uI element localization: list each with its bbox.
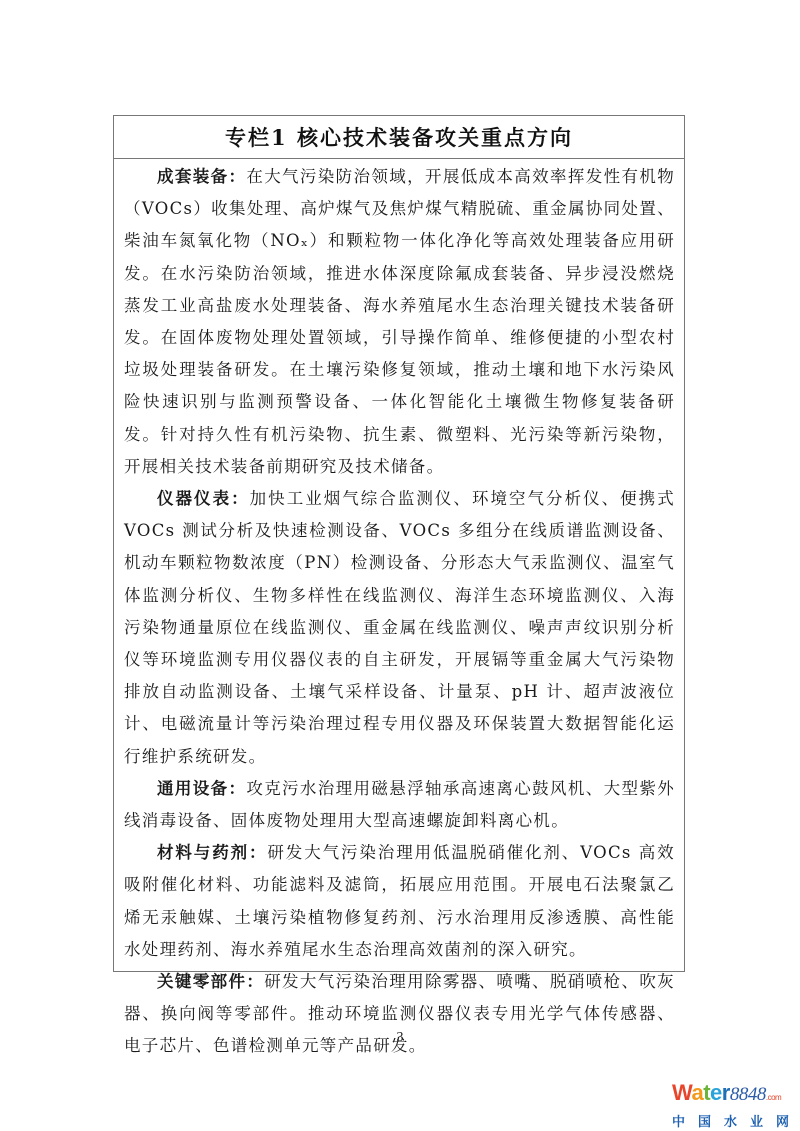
paragraph-complete-equipment: 成套装备：在大气污染防治领域，开展低成本高效率挥发性有机物（VOCs）收集处理、… (124, 161, 675, 483)
logo-letter: r (722, 1080, 730, 1105)
paragraph-lead: 材料与药剂： (157, 843, 267, 862)
paragraph-lead: 仪器仪表： (157, 489, 250, 508)
logo-number: 8848 (730, 1084, 766, 1105)
paragraph-lead: 成套装备： (157, 167, 246, 186)
paragraph-text: 在大气污染防治领域，开展低成本高效率挥发性有机物（VOCs）收集处理、高炉煤气及… (124, 167, 675, 476)
page-number: 3 (0, 1030, 800, 1046)
paragraph-lead: 关键零部件： (157, 972, 264, 991)
feature-box: 专栏1 核心技术装备攻关重点方向 成套装备：在大气污染防治领域，开展低成本高效率… (113, 115, 685, 972)
logo-letter: e (710, 1080, 722, 1105)
paragraph-instruments: 仪器仪表：加快工业烟气综合监测仪、环境空气分析仪、便携式 VOCs 测试分析及快… (124, 483, 675, 773)
box-title: 专栏1 核心技术装备攻关重点方向 (114, 116, 684, 159)
paragraph-lead: 通用设备： (157, 779, 246, 798)
paragraph-materials: 材料与药剂：研发大气污染治理用低温脱硝催化剂、VOCs 高效吸附催化材料、功能滤… (124, 837, 675, 966)
box-body: 成套装备：在大气污染防治领域，开展低成本高效率挥发性有机物（VOCs）收集处理、… (114, 159, 684, 1063)
logo-letter: W (672, 1080, 691, 1105)
paragraph-text: 加快工业烟气综合监测仪、环境空气分析仪、便携式 VOCs 测试分析及快速检测设备… (124, 489, 675, 766)
logo-domain: .com (766, 1093, 781, 1102)
paragraph-key-components: 关键零部件：研发大气污染治理用除雾器、喷嘴、脱硝喷枪、吹灰器、换向阀等零部件。推… (124, 966, 675, 1063)
watermark-logo: Water8848.com 中国水业网 (672, 1082, 797, 1130)
paragraph-general-equipment: 通用设备：攻克污水治理用磁悬浮轴承高速离心鼓风机、大型紫外线消毒设备、固体废物处… (124, 773, 675, 837)
logo-letter: a (691, 1080, 703, 1105)
watermark-wordmark: Water8848.com (672, 1082, 797, 1109)
watermark-chinese-name: 中国水业网 (672, 1111, 797, 1130)
logo-letter: t (703, 1080, 710, 1105)
